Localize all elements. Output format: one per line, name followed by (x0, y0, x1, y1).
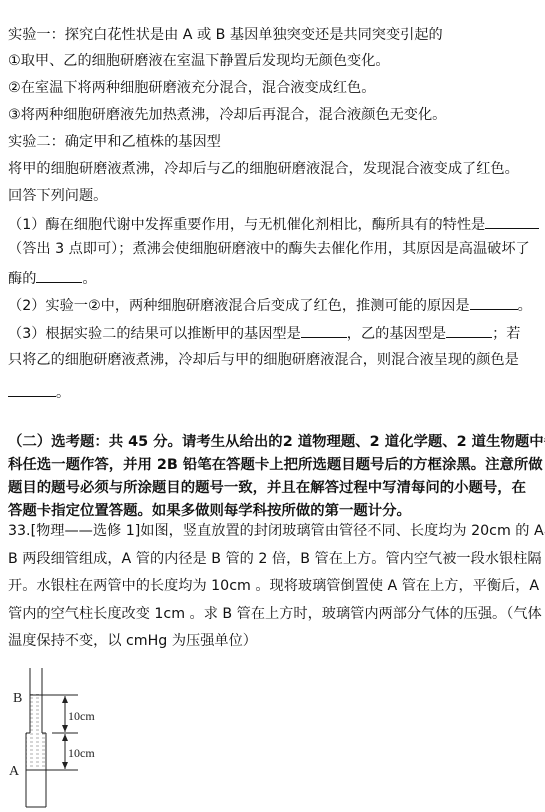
question-1-line3: 酶的。 (8, 268, 539, 288)
question-1-line1: （1）酶在细胞代谢中发挥重要作用，与无机催化剂相比，酶所具有的特性是 (8, 214, 539, 234)
exp1-title: 实验一：探究白花性状是由 A 或 B 基因单独突变还是共同突变引起的 (8, 26, 539, 44)
exp2-description: 将甲的细胞研磨液煮沸，冷却后与乙的细胞研磨液混合，发现混合液变成了红色。 (8, 160, 539, 178)
question-3-line2: 只将乙的细胞研磨液煮沸，冷却后与甲的细胞研磨液混合，则混合液呈现的颜色是 (8, 351, 539, 369)
question-33-line1: 33.[物理——选修 1]如图，竖直放置的封闭玻璃管由管径不同、长度均为 20c… (8, 522, 539, 540)
q2-text: （2）实验一②中，两种细胞研磨液混合后变成了红色，推测可能的原因是 (8, 298, 470, 314)
q3-text-post: 。 (56, 385, 70, 401)
q3-text-b: ，乙的基因型是 (347, 326, 446, 342)
exp1-step2: ②在室温下将两种细胞研磨液充分混合，混合液变成红色。 (8, 79, 539, 97)
question-2: （2）实验一②中，两种细胞研磨液混合后变成了红色，推测可能的原因是。 (8, 295, 539, 315)
answer-blank[interactable] (301, 323, 347, 338)
exp1-step3: ③将两种细胞研磨液先加热煮沸，冷却后再混合，混合液颜色无变化。 (8, 106, 539, 124)
exp1-step1: ①取甲、乙的细胞研磨液在室温下静置后发现均无颜色变化。 (8, 52, 539, 70)
q1-text-pre: 酶的 (8, 271, 36, 287)
q1-text-post: 。 (82, 271, 96, 287)
section2-line1: （二）选考题：共 45 分。请考生从给出的2 道物理题、2 道化学题、2 道生物… (8, 433, 539, 451)
q3-text-a: （3）根据实验二的结果可以推断甲的基因型是 (8, 326, 301, 342)
dimension-upper: 10cm (68, 709, 95, 723)
question-33-line5: 温度保持不变，以 cmHg 为压强单位） (8, 632, 539, 650)
section2-line3: 题目的题号必须与所涂题目的题号一致，并且在解答过程中写清每问的小题号，在 (8, 479, 539, 497)
answer-blank[interactable] (446, 323, 492, 338)
question-3-line1: （3）根据实验二的结果可以推断甲的基因型是，乙的基因型是；若 (8, 323, 539, 343)
answer-prompt: 回答下列问题。 (8, 187, 539, 205)
answer-blank[interactable] (8, 382, 56, 397)
exp2-title: 实验二：确定甲和乙植株的基因型 (8, 133, 539, 151)
q3-text-c: ；若 (492, 326, 520, 342)
answer-blank[interactable] (36, 268, 82, 283)
dimension-lower: 10cm (68, 746, 95, 760)
question-33-line3: 开。水银柱在两管中的长度均为 10cm 。现将玻璃管倒置使 A 管在上方，平衡后… (8, 577, 539, 595)
q2-text-post: 。 (518, 298, 532, 314)
question-33-line2: B 两段细管组成，A 管的内径是 B 管的 2 倍，B 管在上方。管内空气被一段… (8, 550, 539, 568)
question-33-line4: 管内的空气柱长度改变 1cm 。求 B 管在上方时，玻璃管内两部分气体的压强。（… (8, 605, 539, 623)
answer-blank[interactable] (485, 214, 539, 229)
question-3-line3: 。 (8, 382, 539, 402)
glass-tube-diagram: B A 10cm 10cm (0, 668, 140, 812)
section2-line2: 科任选一题作答，并用 2B 铅笔在答题卡上把所选题目题号后的方框涂黑。注意所做 (8, 456, 539, 474)
q1-text: （1）酶在细胞代谢中发挥重要作用，与无机催化剂相比，酶所具有的特性是 (8, 217, 485, 233)
label-b: B (13, 691, 22, 706)
answer-blank[interactable] (470, 295, 518, 310)
question-1-line2: （答出 3 点即可）；煮沸会使细胞研磨液中的酶失去催化作用，其原因是高温破坏了 (8, 240, 539, 258)
section2-line4: 答题卡指定位置答题。如果多做则每学科按所做的第一题计分。 (8, 502, 539, 520)
label-a: A (9, 764, 20, 779)
